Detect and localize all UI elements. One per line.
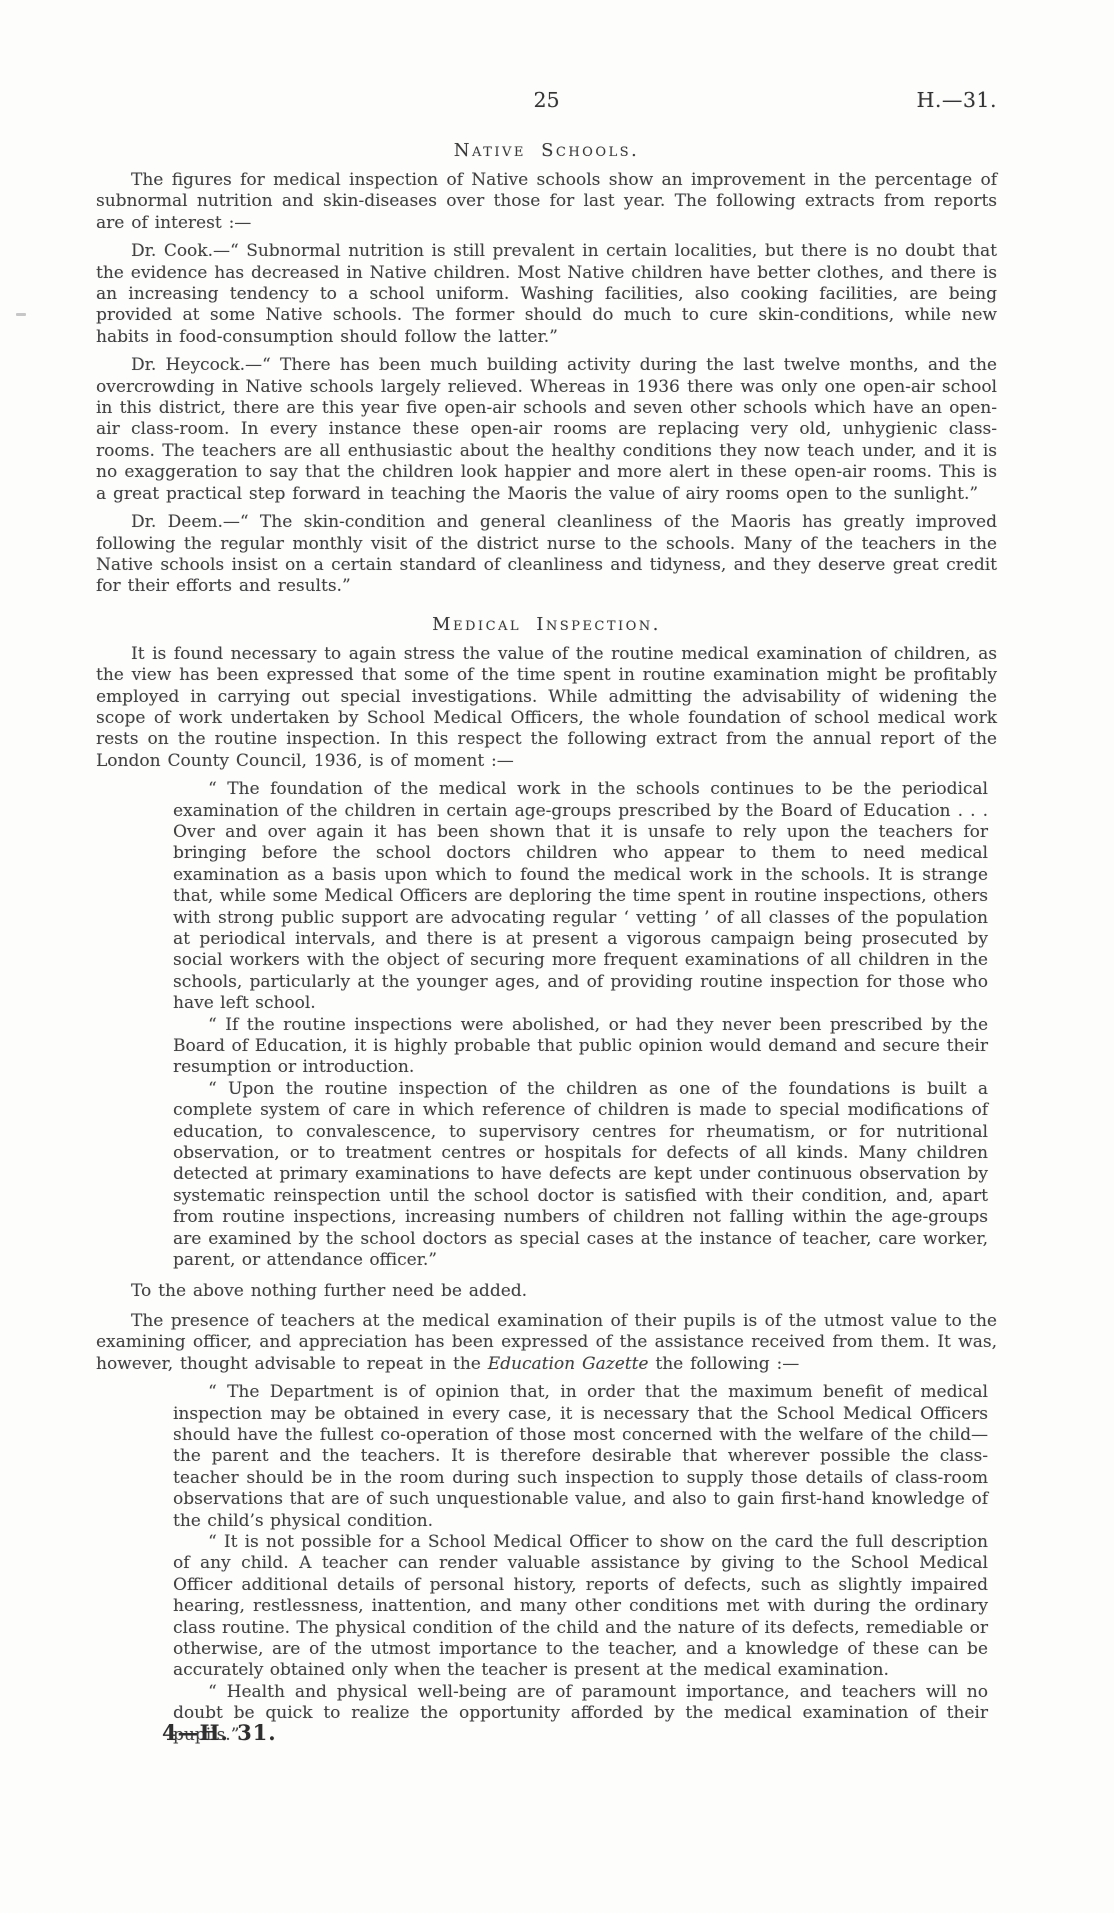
publication-title: Education Gazette xyxy=(488,1354,649,1374)
section-heading-native-schools: Native Schools. xyxy=(96,140,997,161)
page-content: 25 H.—31. Native Schools. The figures fo… xyxy=(96,0,997,1746)
scan-artifact-mark xyxy=(16,313,26,316)
paragraph-dr-deem-extract: Dr. Deem.—“ The skin-condition and gener… xyxy=(96,512,997,598)
block-quote-education-gazette: “ The Department is of opinion that, in … xyxy=(173,1382,988,1746)
quote-paragraph: “ If the routine inspections were abolis… xyxy=(173,1015,988,1079)
quote-paragraph: “ It is not possible for a School Medica… xyxy=(173,1532,988,1682)
signature-mark: 4—H. 31. xyxy=(162,1720,277,1745)
paragraph-dr-cook-extract: Dr. Cook.—“ Subnormal nutrition is still… xyxy=(96,241,997,348)
quote-paragraph: “ The foundation of the medical work in … xyxy=(173,779,988,1014)
paragraph-nothing-further: To the above nothing further need be add… xyxy=(96,1281,997,1302)
paragraph-native-schools-intro: The figures for medical inspection of Na… xyxy=(96,170,997,234)
page-number: 25 xyxy=(533,88,559,112)
document-reference: H.—31. xyxy=(917,88,998,112)
paragraph-dr-heycock-extract: Dr. Heycock.—“ There has been much build… xyxy=(96,355,997,505)
page-header: 25 H.—31. xyxy=(96,88,997,114)
section-heading-medical-inspection: Medical Inspection. xyxy=(96,614,997,635)
quote-paragraph: “ Health and physical well-being are of … xyxy=(173,1682,988,1746)
paragraph-medical-inspection-intro: It is found necessary to again stress th… xyxy=(96,644,997,772)
paragraph-text-after: the following :— xyxy=(648,1354,799,1374)
quote-paragraph: “ Upon the routine inspection of the chi… xyxy=(173,1079,988,1272)
quote-paragraph: “ The Department is of opinion that, in … xyxy=(173,1382,988,1532)
block-quote-london-county-council: “ The foundation of the medical work in … xyxy=(173,779,988,1271)
scanned-report-page: 25 H.—31. Native Schools. The figures fo… xyxy=(0,0,1114,1913)
paragraph-teachers-presence: The presence of teachers at the medical … xyxy=(96,1311,997,1375)
